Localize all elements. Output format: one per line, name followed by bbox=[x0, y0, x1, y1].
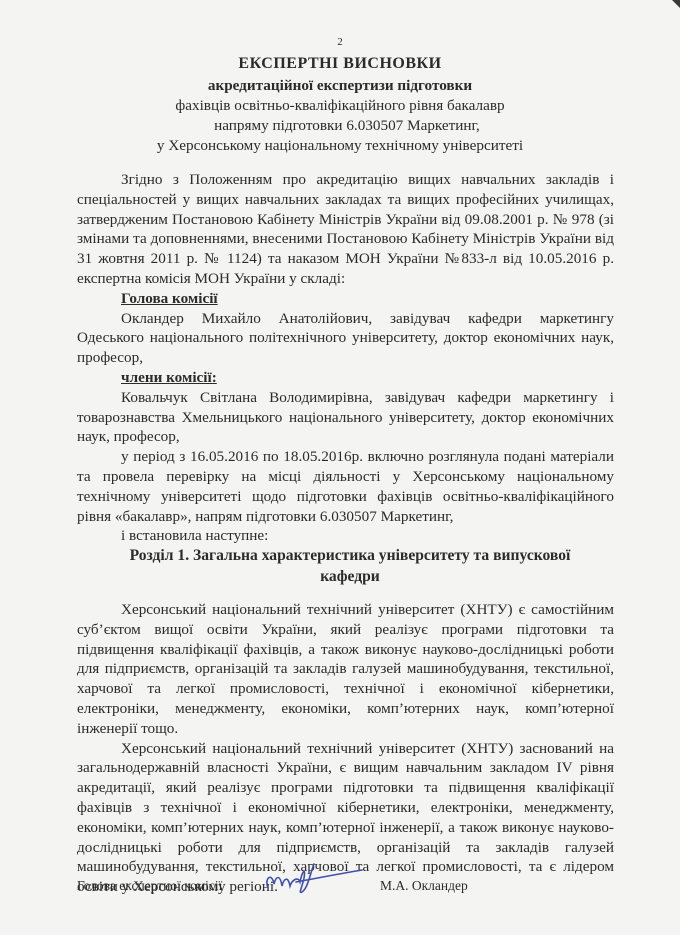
page-corner-shadow bbox=[672, 0, 680, 8]
signatory-role: Голова експертної комісії bbox=[77, 878, 222, 894]
section-1-paragraph-1: Херсонський національний технічний уніве… bbox=[77, 600, 614, 739]
section-1-body: Херсонський національний технічний уніве… bbox=[77, 600, 614, 897]
signature-icon bbox=[258, 858, 368, 898]
head-of-commission-label: Голова комісії bbox=[77, 289, 614, 309]
subtitle-line-2: фахівців освітньо-кваліфікаційного рівня… bbox=[0, 96, 680, 116]
intro-paragraph: Згідно з Положенням про акредитацію вищи… bbox=[77, 170, 614, 289]
subtitle-line-4: у Херсонському національному технічному … bbox=[0, 136, 680, 156]
signatory-name: М.А. Окландер bbox=[380, 878, 468, 894]
inspection-period-text: у період з 16.05.2016 по 18.05.2016р. вк… bbox=[77, 447, 614, 526]
commission-members-label: члени комісії: bbox=[77, 368, 614, 388]
commission-member-text: Ковальчук Світлана Володимирівна, завіду… bbox=[77, 388, 614, 447]
document-title: ЕКСПЕРТНІ ВИСНОВКИ bbox=[0, 55, 680, 73]
intro-block: Згідно з Положенням про акредитацію вищи… bbox=[77, 170, 614, 546]
page-number: 2 bbox=[0, 36, 680, 48]
section-1-heading: Розділ 1. Загальна характеристика універ… bbox=[120, 545, 580, 587]
subtitle-line-3: напряму підготовки 6.030507 Маркетинг, bbox=[0, 116, 680, 136]
head-of-commission-text: Окландер Михайло Анатолійович, завідувач… bbox=[77, 309, 614, 368]
document-page: 2 ЕКСПЕРТНІ ВИСНОВКИ акредитаційної експ… bbox=[0, 0, 680, 935]
subtitle-line-1: акредитаційної експертизи підготовки bbox=[0, 76, 680, 96]
established-text: і встановила наступне: bbox=[77, 526, 614, 546]
